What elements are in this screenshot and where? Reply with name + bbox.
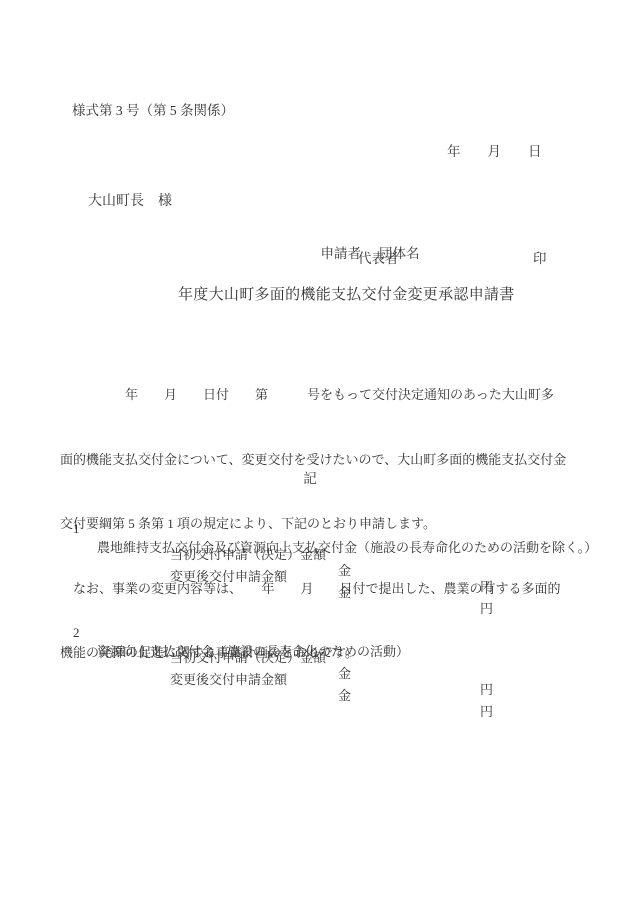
currency-unit: 円 <box>480 598 493 617</box>
body-line: なお、事業の変更内容等は、 年 月 日付で提出した、農業の有する多面的 <box>60 578 585 600</box>
amount-label: 変更後交付申請金額 <box>170 669 287 688</box>
body-line: 年 月 日付 第 号をもって交付決定通知のあった大山町多 <box>60 384 585 406</box>
document-page: 様式第 3 号（第 5 条関係） 年 月 日 大山町長 様 申請者団体名 代表者… <box>0 0 630 915</box>
representative-label: 代表者 <box>358 247 399 267</box>
applicant-label: 申請者 <box>321 246 362 261</box>
document-title: 年度大山町多面的機能支払交付金変更承認申請書 <box>178 283 515 304</box>
currency-prefix: 金 <box>338 582 351 601</box>
seal-label: 印 <box>533 247 547 267</box>
currency-unit: 円 <box>480 701 493 720</box>
body-line: 交付要綱第 5 条第 1 項の規定により、下記のとおり申請します。 <box>60 513 585 535</box>
item-1-number: 1 <box>73 521 80 537</box>
form-number: 様式第 3 号（第 5 条関係） <box>72 99 234 119</box>
addressee: 大山町長 様 <box>88 190 172 210</box>
currency-prefix: 金 <box>338 685 351 704</box>
item-2-revised-amount-row: 変更後交付申請金額 金 円 <box>0 653 13 733</box>
item-2-number: 2 <box>73 625 80 641</box>
amount-label: 当初交付申請（決定）金額 <box>170 544 326 563</box>
currency-prefix: 金 <box>338 560 351 579</box>
currency-unit: 円 <box>480 576 493 595</box>
record-marker: 記 <box>60 467 560 487</box>
currency-prefix: 金 <box>338 663 351 682</box>
currency-unit: 円 <box>480 679 493 698</box>
amount-label: 当初交付申請（決定）金額 <box>170 647 326 666</box>
date-line: 年 月 日 <box>447 140 542 160</box>
amount-label: 変更後交付申請金額 <box>170 566 287 585</box>
